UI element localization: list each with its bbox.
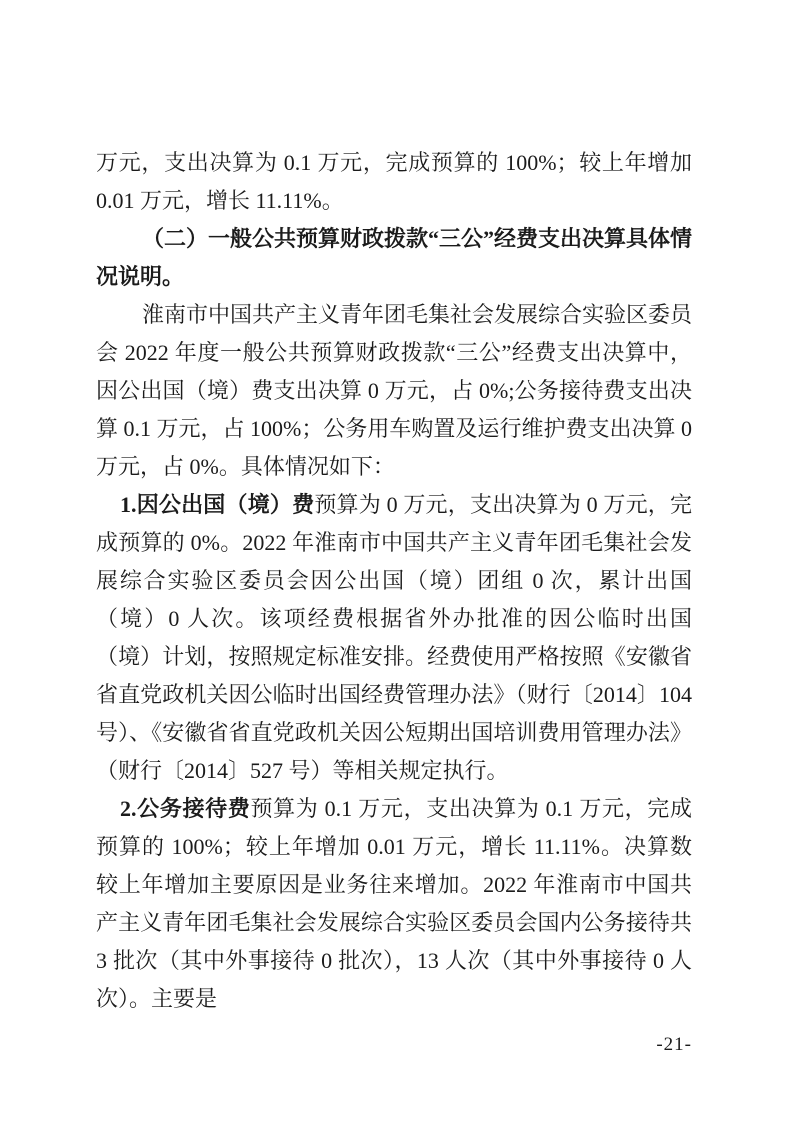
document-page: 万元，支出决算为 0.1 万元，完成预算的 100%；较上年增加 0.01 万元… (0, 0, 793, 1122)
section-heading: （二）一般公共预算财政拨款“三公”经费支出决算具体情况说明。 (96, 220, 692, 296)
paragraph-overview: 淮南市中国共产主义青年团毛集社会发展综合实验区委员会 2022 年度一般公共预算… (96, 296, 692, 486)
paragraph-item-1-text: 预算为 0 万元，支出决算为 0 万元，完成预算的 0%。2022 年淮南市中国… (96, 492, 692, 783)
document-content: 万元，支出决算为 0.1 万元，完成预算的 100%；较上年增加 0.01 万元… (96, 144, 692, 1056)
paragraph-item-2-lead: 2.公务接待费 (120, 796, 250, 821)
paragraph-item-1: 1.因公出国（境）费预算为 0 万元，支出决算为 0 万元，完成预算的 0%。2… (96, 486, 692, 790)
paragraph-item-2: 2.公务接待费预算为 0.1 万元，支出决算为 0.1 万元，完成预算的 100… (96, 790, 692, 1018)
paragraph-continuation: 万元，支出决算为 0.1 万元，完成预算的 100%；较上年增加 0.01 万元… (96, 144, 692, 220)
paragraph-item-2-text: 预算为 0.1 万元，支出决算为 0.1 万元，完成预算的 100%；较上年增加… (96, 796, 692, 1011)
page-number: -21- (96, 1034, 692, 1056)
paragraph-item-1-lead: 1.因公出国（境）费 (120, 492, 314, 517)
